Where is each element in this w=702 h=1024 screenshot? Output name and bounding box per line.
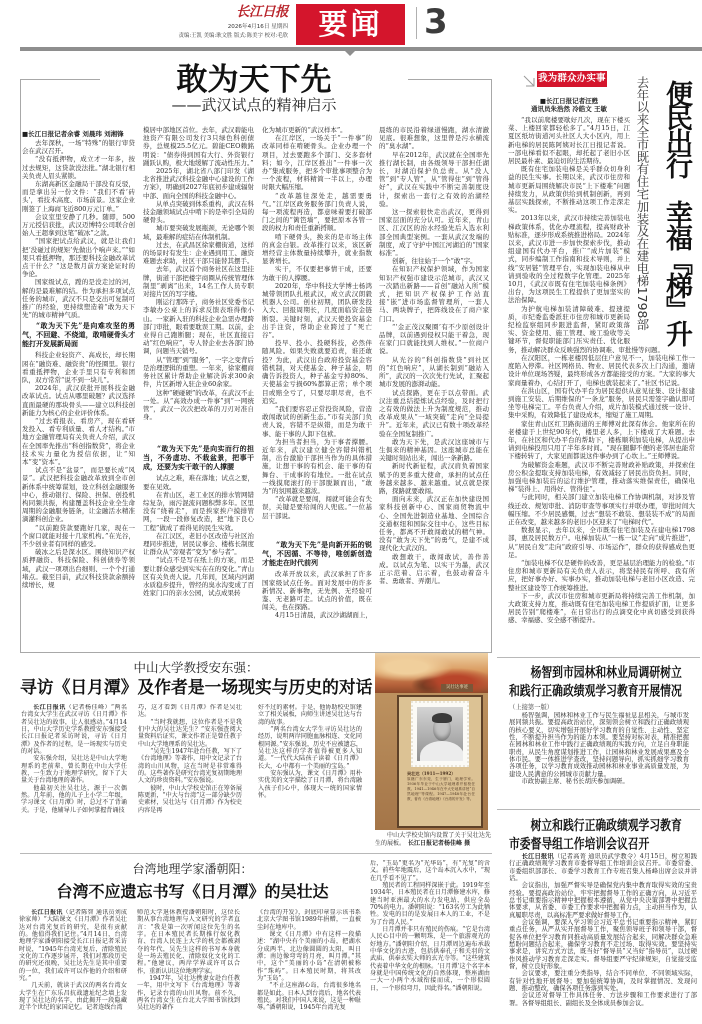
paragraph: “‘金正茂汉聚圈’有不少原创设计品牌，以前遇到侵权只能干着急，现在家门口就能找到… [379,323,489,356]
paragraph: 家住青山区红卫路街道的王师傅对此深有体会。他家所在的老楼建于上世纪90年代，楼里… [508,420,695,461]
newspaper-logo: 长江日报 [226,3,288,21]
paragraph: 彼时，中山大学校史馆正在筹备展陈更新，“中大与台湾”这一部分缺少历史素材，吴壮达… [138,785,242,814]
page-number: 3 [424,2,448,42]
pan-article-headline: 台湾不应遗忘书写《日月潭》的吴壮达 [20,881,365,902]
paragraph: 面向未来，武汉正在加快建设国家科技创新中心、国家商贸物流中心、全国先进制造业基地… [379,495,489,552]
lead-article-byline: ■长江日报记者余睿 刘晨玮 刘湘锋 [22,130,147,138]
paragraph: 去年，武汉首个商务社区在这里挂牌，街道干部把楼宇商圈从传统管理体制里“剥离”出来… [143,265,254,298]
column-text: 改革开放以来，武汉承担了许多国家级试点任务。面对发展中的许多新情况、新事物，无先… [262,570,372,646]
lead-article-subhead-1: “敢为天下先”是向难攻坚的勇气，不回避、不绕道，敢啃硬骨头才能打开发展新局面 [22,322,135,348]
paragraph: 后，“玉岛”更名为“光华岛”，有“光复”的含义。前些年地震后，这个岛本沉入水中，… [370,860,490,882]
column-tag-label: 我为群众办实事 [537,71,607,87]
paragraph: 模居中部地区首位。去年，武汉碧能电池资产有限公司发行3只绿色科创债券，总规模25… [143,126,254,167]
paragraph: 从单点突破到体系重构，武汉在科技金融领域试点中啃下的是牵引全局的硬骨头。 [143,200,254,225]
pan-article-column-2: 师范大学退休教授潘朝阳时，这位长期从事台湾地理与人文研究的学者直言：“我是第一次… [137,909,240,1022]
dateline: 长江日报讯 [31,909,62,916]
paragraph: 课文《日月潭》中有这样一段描述：“湖中央有个美丽的小岛，把湖水分成两半，北边像圆… [257,931,361,982]
dateline: 长江日报讯 [522,853,554,860]
board-biography-text: 原籍广东东莞，生于厦门，地理学家。1936年毕业于中山大学地理系并留校任教。19… [407,777,475,802]
paragraph: 在江岸区，一场关于“一件事”的改革同样在啃硬骨头。企业办理一个项目，过去要跑多个… [262,134,372,191]
paragraph: 与此同时，相关部门建立加装电梯工作协调机制，对涉及管线迁改、规划审批、消防审查等… [508,493,695,526]
byline-correspondents: 通讯员朱浩然 冷皓文 王敏 [508,105,630,113]
portrait-hair [432,713,452,723]
column-text: 去年深秋，一场“特殊”的银行审贷会在武汉召开。 “没有抵押物，成立才一年多，按过… [22,139,135,320]
paragraph: 去年深秋，一场“特殊”的银行审贷会在武汉召开。 [22,139,135,155]
portrait-frame [411,701,469,767]
paragraph: 会议指出，加强严督实导是确保党内集中教育取得实效的宝贵经验。要提高政治站位，牢牢… [509,882,697,919]
paragraph: 长江日报讯（记者杨佳峰）“两名台湾女大学生在武汉寻访《日月潭》作者吴壮达的故事，… [21,704,127,755]
paragraph: 过去，在武昌区徐家棚街道，这样的场景时有发生：企业遇到用工、融资难题去求助，社区… [143,241,254,266]
paragraph: 为破解资金难题，武汉市不断完善财政补贴政策，并探索住房公积金提取支持加装电梯，有… [508,461,695,494]
paragraph: 破冰之后是深水区。围绕知识产权质押融资、科技保险、科创债券等领域，武汉一项项出台… [22,548,135,589]
supervision-article-headline: 树立和践行正确政绩观学习教育市委督导组工作培训会议召开 [509,816,682,854]
paragraph: 刚运行那阵子，商务社区党委书记李敏办公桌上的诉求反馈表堆得像小山。一家新入驻的科… [143,298,254,355]
paragraph: 会议室里安静了几秒。随即，500万元授信获批，武汉迈博特公司联合创始人王超拿到这… [22,213,135,238]
paragraph: 改革开放以来，武汉承担了许多国家级试点任务。面对发展中的许多新情况、新事物，无先… [262,570,372,611]
lead-article-column-3: 化为城市更新的“武汉样本”。 在江岸区，一场关于“一件事”的改革同样在啃硬骨头。… [262,126,372,646]
headline-wrap-spacer [630,116,695,345]
lead-article-headline: 敢为天下先 [100,63,408,97]
elevator-article-byline: ■长江日报记者汪甦 通讯员朱浩然 冷皓文 王敏 [508,97,630,113]
column-text: 模居中部地区首位。去年，武汉碧能电池资产有限公司发行3只绿色科创债券，总规模25… [143,126,254,443]
paragraph: 市政协副主席、秘书长胡庆参加调研。 [509,778,689,785]
paragraph: 敢想敢干，敢闯敢试，善作善成。以试点为笔、以实干为墨，武汉正示范着、启示着，也鼓… [379,553,489,586]
paragraph: “过去看报表、看房产，现在看研发投入、看专利质量、看人才结构。”市地方金融管理局… [22,417,135,466]
pan-article-column-3: 《台湾的开发》，封底印章显示该书系北京大学图书馆1989年捐赠，一直被尘封在地库… [257,909,361,1022]
section-divider [497,809,700,810]
paragraph: 安东强认为，课文《日月潭》用朴实优美的文字描绘了日月潭，将台湾融入孩子们心中，体… [258,770,362,799]
paragraph: 晨练的市民沿着绿道慢跑，湖水清澈见底。很难想象，这里曾是污水横流的“臭水湖”。 [379,126,489,151]
paragraph: 敢为天下先，是武汉这座城市与生俱来的精神基因。这座城市总能在关键时刻站出来，闯出… [379,438,489,463]
lead-article-subhead-2: “敢为天下先”是向实而行的担当，不务虚功、不栽盆景，把事干成，还要为实干敢干的人… [143,445,254,471]
paragraph: 会议还对督导工作具体任务、方法步骤和工作要求进行了部署。各督导组组长、副组长及全… [509,992,697,1007]
an-article-kicker: 中山大学教授安东强： [20,660,372,675]
paragraph: 巧，这才看到《日月潭》作者是吴壮达。 [138,704,242,719]
an-article-column-1: 长江日报讯（记者杨佳峰）“两名台湾女大学生在武汉寻访《日月潭》作者吴壮达的故事，… [21,704,127,840]
section-divider [20,853,492,854]
paragraph: “加装电梯不仅是硬件的改善，更是基层治理能力的检验。”市住房和城市更新局有关负责… [508,559,695,592]
paragraph: 2025年，湖北省八部门印发《湖北省推进武汉科技金融中心建设的工作方案》，明确到… [143,167,254,200]
paragraph: 《台湾的开发》，封底印章显示该书系北京大学图书馆1989年捐赠，一直被尘封在地库… [257,909,361,931]
paragraph: 下一步，武汉市住房和城市更新局将持续完善工作机制，加大政策支持力度，推动既有住宅… [508,592,695,625]
section-divider [497,657,700,658]
paragraph: 数据显示，去年以来，全市既有住宅加装及在建电梯1798部，惠及居民数万户。电梯加… [508,526,695,559]
paragraph-text: （记者陈智 通讯员刘成 徐家帅）“大陆课文《日月潭》作者吴壮达对台湾光复后的研究… [19,909,127,982]
continued-from-label: （上接第一版） [509,704,553,711]
paragraph: 会议要求，要注重分类指导，结合不同单位、不同领域实际，有针对性地开展督导；要加强… [509,970,697,992]
paragraph: 几天前，就读于武汉的两名台湾女大学生在广东乐昌抗战遗址纪念墙上发现了吴壮达的名字… [19,982,127,1011]
paragraph-text: （记者杨佳峰）“两名台湾女大学生在武汉寻访《日月潭》作者吴壮达的故事，让人很感动… [21,704,127,755]
paragraph: 这种“硬碰硬”的改革，在武汉不止一处。从“高效办成一件事”到“一网统管”，武汉一… [143,389,254,422]
paragraph: 啃下硬骨头，换来的是市场主体的真金白银。改革推行以来，该区新增经营主体数量持续攀… [262,233,372,266]
paragraph: “国家把试点给武汉，就是让我们把‘没碰过的规矩’先做出个响声来。”“如果只看抵押… [22,237,135,278]
column-text: 试点之难，难在落地；试点之要，要在见效。 在青山区，老工业区的排水管网错综复杂，… [143,474,254,646]
paragraph: 在知识产权保护领域，作为国家知识产权强市建设示范城市，武汉又一次踏出新路——首创… [379,265,489,322]
paragraph: 殖民者的工程同样深嵌于此。1919年至1934年，日本殖民者在日月潭修建水库，修… [370,882,490,926]
issue-date: 2026年4月16日 星期四 [228,24,288,31]
an-article-column-2: 巧，这才看到《日月潭》作者是吴壮达。 “当时我就想，这位作者是不是我们中大的吴壮… [138,704,242,840]
column-text: 科技企业轻资产、高成长，却长期困在“融资难、融资贵”的怪圈里。银行看重抵押物，企… [22,351,135,646]
an-article-headline: 寻访《日月潭》及作者是一场现实与历史的对话 [20,677,372,698]
paragraph: 2020年，华中科技大学博士杨鸿城带领团队扎根武汉，成立武汉朗毅机器人公司。创业… [262,282,372,339]
lead-article-subhead-3: “敢为天下先”是向新开拓的锐气，不因循、不等待，唯创新创造才能走在时代前列 [262,541,372,567]
editor-credits: 责编:王凯 美编:耿文胜 版式:陈美宇 校对:毛欣 [179,33,288,40]
paragraph: 在江汉区，老旧小区改造与社区治理同步推进，居民议事会、楼栋长制度让群众从“旁观者… [143,532,254,557]
paragraph: 他最初关注吴壮达，源于一次偶然。几年前，他的儿子上小学二年级，学习课文《日月潭》… [21,785,127,814]
photo-credit: 长江日报记者杨佳峰 摄 [408,840,470,847]
paragraph: “改革就是要闯，闯就可能会有失误，关键是要给闯的人兜底。”一位基层干部说。 [262,495,372,520]
paragraph: 试点不是“盆景”，而是要长成“风景”。武汉把科技金融改革放到全市创新体系中统筹谋… [22,466,135,523]
paragraph: 长江日报讯（记者陈智 通讯员刘成 徐家帅）“大陆课文《日月潭》作者吴壮达对台湾光… [19,909,127,982]
paragraph: 国家级试点，蹚的是没走过的河，解的是最难解的结。作为承担多项试点任务的城市，武汉… [22,278,135,319]
paragraph: 这一探索很快走出武汉，更得到国家层面的充分认可。近年来，青山区、江汉区的治水经验… [379,208,489,257]
paragraph: 4月15日清晨，武汉沙湖湖面上， [262,611,372,619]
newspaper-page: 长江日报 2026年4月16日 星期四 责编:王凯 美编:耿文胜 版式:陈美宇 … [0,0,702,1024]
paragraph: “我们要容忍正常投资风险，营造敢闯敢试的创新生态。”市有关部门负责人说，容错不是… [262,405,372,438]
photo-board-panel: 吴壮达（1911—1992） 原籍广东东莞，生于厦门，地理学家。1936年毕业于… [397,695,483,828]
paragraph: 在汉阳区，一栋老楼因低层住户意见不一，加装电梯工作一度陷入停滞。社区网格员、物业… [508,354,695,387]
paragraph: 师范大学退休教授潘朝阳时，这位长期从事台湾地理与人文研究的学者直言：“我是第一次… [137,909,240,975]
paragraph: 从“管理”到“服务”，一字之变背后是治理逻辑的重塑。一年来，徐家棚商务社区累计帮… [143,356,254,389]
paragraph: 长江日报讯（记者高菁 通讯员武学教令）4月15日，树立和践行正确政绩观学习教育市… [509,853,697,882]
section-title-box: 要闻 [296,4,405,45]
paragraph: “吴先生1947年赴台任教，写下了《台湾地理》等著作，用中文记录了台湾的山川风物… [138,748,242,785]
arrow-down-right-icon [523,75,535,87]
paragraph: 会议强调，要深入学习领会习近平总书记重要指示精神，紧盯重点任务，从严从实开展督导… [509,919,697,970]
paragraph: “不止这座湖心岛，台湾很多地名都是如此。日本人到台湾后，地名代表殖民。对我们中国… [257,982,361,1011]
paragraph: 试点之难，难在落地；试点之要，要在见效。 [143,474,254,490]
portrait-photo [417,707,463,761]
header-divider [416,7,417,39]
paragraph: “没有抵押物，成立才一年多，按过去规矩，这贷款没法批。”湖北银行相关负责人眉头紧… [22,155,135,180]
paragraph: 为担当者担当，为干事者撑腰。近年来，武汉建立健全容错纠错机制，出台激励干部担当作… [262,438,372,495]
yang-zhi-article-body: 杨智强调，园林和林业工作与民生福祉息息相关，与城市发展同频共振。要提高政治站位，… [509,712,689,804]
photo-exhibit-board: 吴壮达事迹 吴壮达（1911—1992） 原籍广东东莞，生于厦门，地理学家。19… [375,653,488,830]
lead-article-column-1: 去年深秋，一场“特殊”的银行审贷会在武汉召开。 “没有抵押物，成立才一年多，按过… [22,139,135,646]
board-person-name: 吴壮达（1911—1992） [407,771,455,776]
paragraph: “试点不是写在纸上的方案，而是要让群众感受到实实在在的变化。”青山区有关负责人说… [143,556,254,597]
paragraph: 试点探路，更在于以点带面。武汉注重总结提炼试点经验，及时把行之有效的做法上升为制… [379,389,489,438]
paragraph: 科技企业轻资产、高成长，却长期困在“融资难、融资贵”的怪圈里。银行看重抵押物，企… [22,351,135,384]
paragraph: 化为城市更新的“武汉样本”。 [262,126,372,134]
byline-reporter: ■长江日报记者汪甦 [508,97,630,105]
lead-article-subtitle: ——武汉试点的精神启示 [100,96,408,114]
paragraph: 投早、投小、投硬科技，必然伴随风险。如果失败就要追责，谁还敢投？为此，武汉出台政… [262,339,372,405]
paragraph: “以前跑贷款要跑好几家，现在一个窗口就能对接十几家机构。”在光谷，不少创业者有同… [22,524,135,549]
header-notch-triangle-icon [345,51,355,56]
pan-article-kicker: 台湾地理学家潘朝阳： [20,862,365,877]
photo-caption: 中山大学校史馆内设置了关于吴壮达先生的展板。 长江日报记者杨佳峰 摄 [375,832,491,847]
header-rule [20,47,702,51]
dateline: 长江日报讯 [33,704,65,711]
column-text: 晨练的市民沿着绿道慢跑，湖水清澈见底。很难想象，这里曾是污水横流的“臭水湖”。 … [379,126,489,646]
paragraph: 2024年，武汉获批开展科技金融改革试点。试点从哪里破题？武汉选择直面最硬的那块… [22,384,135,417]
paragraph: 早在2012年，武汉就在全国率先推行湖长制，由各级领导干部担任湖长，对湖泊保护负… [379,151,489,208]
photo-board-label: 吴壮达事迹 [441,684,473,692]
an-article-column-3: 好不过的素材。于是，他协助校史馆建立了相关展板，向师生讲述吴壮达与台湾的故事。 … [258,704,362,840]
pan-article-column-1: 长江日报讯（记者陈智 通讯员刘成 徐家帅）“大陆课文《日月潭》作者吴壮达对台湾光… [19,909,127,1022]
column-text: 化为城市更新的“武汉样本”。 在江岸区，一场关于“一件事”的改革同样在啃硬骨头。… [262,126,372,539]
paragraph: 1947年，吴壮达携妻女赴台任教一年，用中文写下《台湾地理》等著作，记录台湾的山… [137,975,240,1012]
paragraph: 城市要突破发展瓶颈，无论哪个领域，最难解的症结在体制机制。 [143,224,254,240]
lead-article-column-4: 晨练的市民沿着绿道慢跑，湖水清澈见底。很难想象，这里曾是污水横流的“臭水湖”。 … [379,126,489,646]
paragraph: 新时代新征程，武汉肩负着国家赋予的更多重大使命，承担的试点任务越来越多、越来越重… [379,462,489,495]
yang-zhi-article-headline: 杨智到市园林和林业局调研树立和践行正确政绩观学习教育开展情况 [509,663,682,701]
lead-article-column-2: 模居中部地区首位。去年，武汉碧能电池资产有限公司发行3只绿色科创债券，总规模25… [143,126,254,646]
paragraph: 杨智强调，园林和林业工作与民生福祉息息相关，与城市发展同频共振。要提高政治站位，… [509,712,689,778]
paragraph: 日月潭并非只有殖民的伤痕。“它是台湾人民心目中的一颗明珠，是一个旅游观光的好地方… [370,926,490,992]
paragraph: “当时我就想，这位作者是不是我们中大的吴壮达先生？”安东强查阅大量资料后证实，课… [138,719,242,748]
pan-article-column-4: 后，“玉岛”更名为“光华岛”，有“光复”的含义。前些年地震后，这个岛本沉入水中，… [370,860,490,1022]
paragraph: 安东强介绍，吴壮达是中山大学地理系的老前辈，曾长期在中山大学任教，一生致力于地理… [21,755,127,784]
paragraph: “改革越往深处走，越需要勇气。”江岸区政务服务部门负责人说，每一项流程再造，都意… [262,192,372,233]
paragraph: 东湖高新区金融局干部没有反驳，而是拿出另一份文件：“我们不看‘砖头’，看技术高度… [22,180,135,213]
portrait-shoulders [420,741,463,761]
paragraph: 好不过的素材。于是，他协助校史馆建立了相关展板，向师生讲述吴壮达与台湾的故事。 [258,704,362,726]
paragraph: 在青山区，老工业区的排水管网错综复杂，雨污混流问题积弊多年。区里没有“绕着走”，… [143,491,254,532]
paragraph: “两名台湾女大学生寻访吴壮达的经历，说明两岸同胞血脉相连、文化同根同源。”安东强… [258,726,362,770]
paragraph: 实干，不仅要把事情干成，还要为敢干的人撑腰。 [262,265,372,281]
paragraph: 从光谷的“科创指数贷”到社区的“红色响应”，从湖长制到“融站入所”，武汉的一次次… [379,356,489,389]
paragraph: 在洪山区，国有代办平台为居民提供从意见征集、设计报建到施工安装、后期维保的“一条… [508,387,695,420]
supervision-article-body: 长江日报讯（记者高菁 通讯员武学教令）4月15日，树立和践行正确政绩观学习教育市… [509,853,697,1022]
elevator-article-body: “我以前爬楼要歇好几次，现在下楼买菜、上楼回家都轻松多了。”4月15日，江夏区纸… [508,116,695,653]
